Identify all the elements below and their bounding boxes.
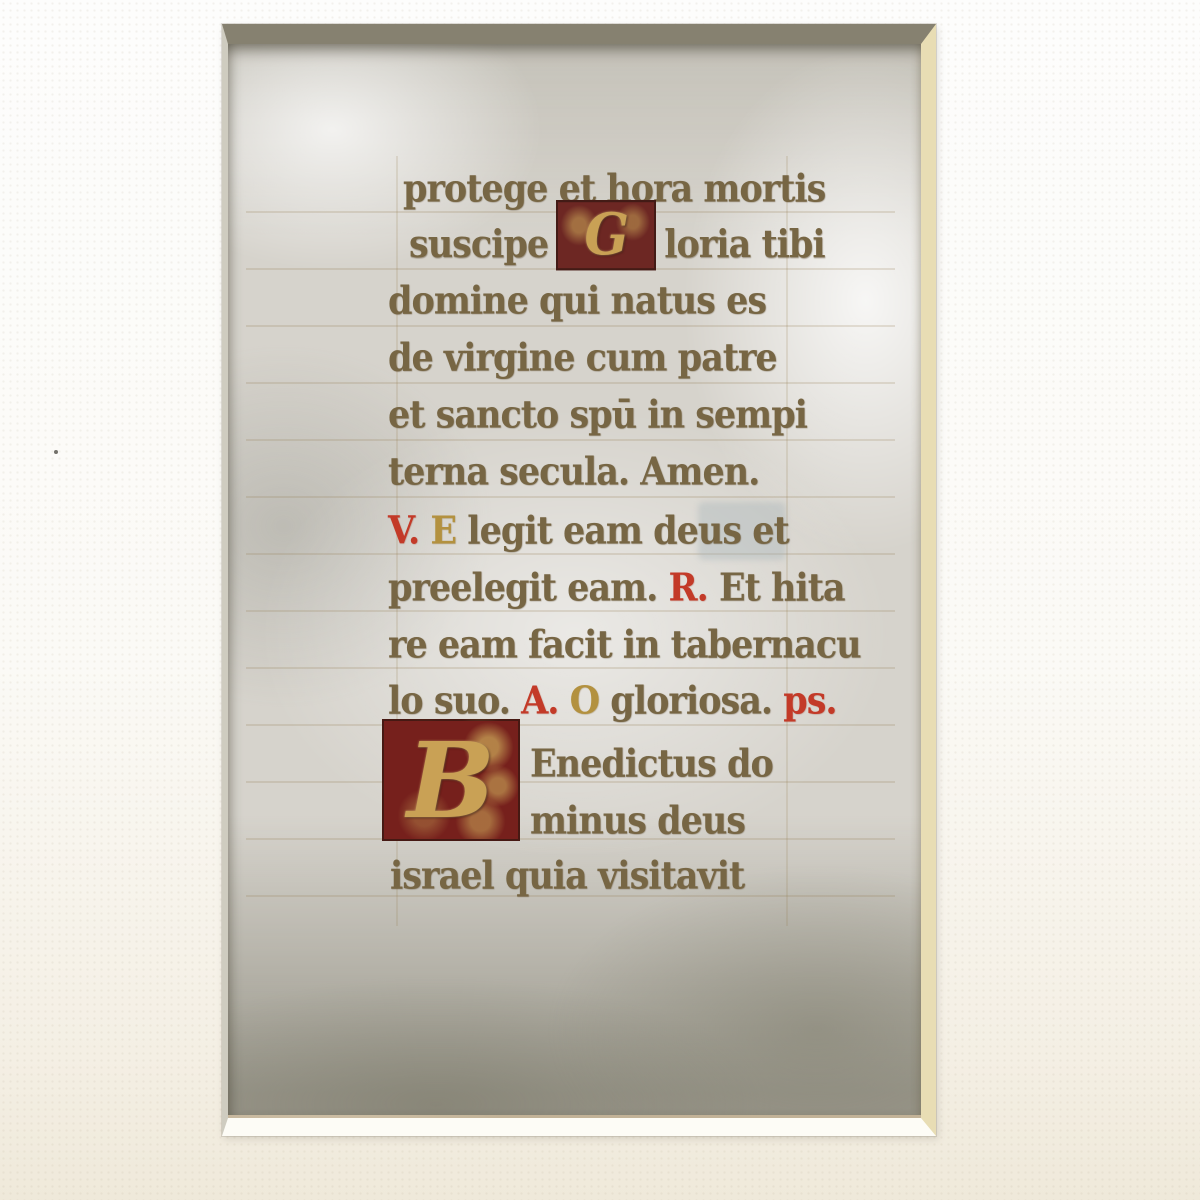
text-segment: suscipe xyxy=(409,220,548,271)
text-line-13: israel quia visitavit xyxy=(390,851,744,902)
manuscript-leaf: protege et hora mortis suscipe G loria t… xyxy=(228,44,921,1118)
response-mark: R. xyxy=(668,565,718,610)
framed-manuscript-photo: protege et hora mortis suscipe G loria t… xyxy=(0,0,1200,1200)
text-segment: de virgine cum patre xyxy=(388,335,777,380)
text-line-5: et sancto spū in sempi xyxy=(388,390,807,441)
text-line-3: domine qui natus es xyxy=(388,276,766,327)
illuminated-initial-g: G xyxy=(556,200,656,270)
text-segment: Enedictus do xyxy=(530,741,773,786)
text-segment: minus deus xyxy=(530,798,745,843)
text-segment: israel quia visitavit xyxy=(390,853,744,898)
text-segment: loria tibi xyxy=(664,220,824,271)
text-line-9: re eam facit in tabernacu xyxy=(388,620,861,671)
psalm-mark: ps. xyxy=(783,678,836,723)
text-segment: preelegit eam. xyxy=(388,565,668,610)
text-line-4: de virgine cum patre xyxy=(388,333,777,384)
text-segment: gloriosa. xyxy=(610,678,783,723)
text-segment: terna secula. Amen. xyxy=(388,449,759,494)
text-segment: Et hita xyxy=(719,565,845,610)
text-line-12: minus deus xyxy=(530,796,745,847)
initial-letter-g: G xyxy=(585,210,628,261)
versicle-mark: V. xyxy=(388,508,430,553)
dust-speck xyxy=(54,450,58,454)
text-line-8-response: preelegit eam. R. Et hita xyxy=(388,563,845,614)
initial-letter-b: B xyxy=(407,719,495,842)
text-line-7-versicle: V. E legit eam deus et xyxy=(388,506,789,557)
illuminated-initial-b: B xyxy=(382,719,520,841)
text-line-2: suscipe G loria tibi xyxy=(409,200,825,270)
text-line-11: Enedictus do xyxy=(530,739,773,790)
text-segment: domine qui natus es xyxy=(388,278,766,323)
text-segment: re eam facit in tabernacu xyxy=(388,622,861,667)
text-segment: legit eam deus et xyxy=(467,508,788,553)
gold-capital: E xyxy=(430,508,456,553)
antiphon-mark: A. xyxy=(521,678,570,723)
text-line-6: terna secula. Amen. xyxy=(388,447,759,498)
mat-window-opening: protege et hora mortis suscipe G loria t… xyxy=(222,24,936,1136)
gold-capital: O xyxy=(570,678,611,723)
text-segment: et sancto spū in sempi xyxy=(388,392,807,437)
text-segment: lo suo. xyxy=(388,678,521,723)
